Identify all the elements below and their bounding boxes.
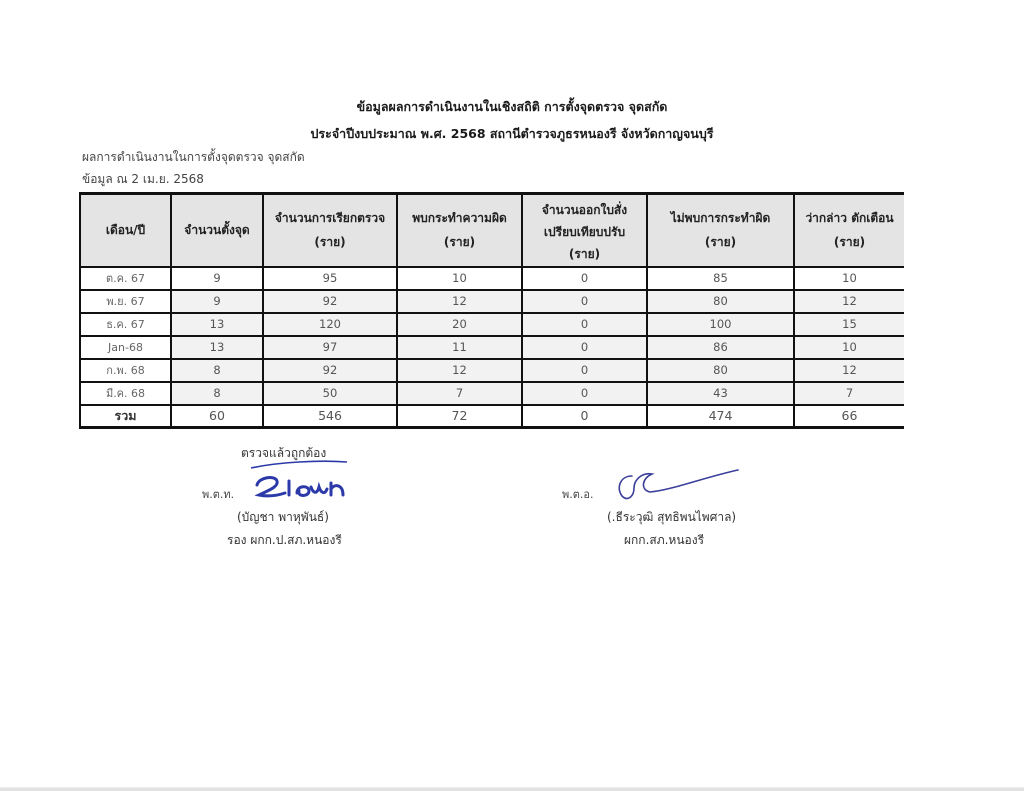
header-tickets-issued: จำนวนออกใบสั่งเปรียบเทียบปรับ(ราย) (522, 194, 647, 267)
left-signer-rank: พ.ต.ท. (202, 485, 234, 503)
header-inspections: จำนวนการเรียกตรวจ(ราย) (263, 194, 397, 267)
total-checkpoints: 60 (171, 405, 263, 428)
table-row: ธ.ค. 671312020010015 (80, 313, 904, 336)
cell-inspections: 120 (263, 313, 397, 336)
cell-month: พ.ย. 67 (80, 290, 171, 313)
left-signer-name: (บัญชา พาหุพันธ์) (237, 508, 329, 527)
document-page: ข้อมูลผลการดำเนินงานในเชิงสถิติ การตั้งจ… (0, 0, 1024, 791)
section-description: ผลการดำเนินงานในการตั้งจุดตรวจ จุดสกัด (82, 148, 305, 167)
cell-checkpoints: 13 (171, 336, 263, 359)
cell-tickets: 0 (522, 313, 647, 336)
left-signature-icon (253, 473, 353, 501)
header-no-offense: ไม่พบการกระทำผิด(ราย) (647, 194, 794, 267)
page-bottom-edge (0, 787, 1024, 791)
cell-no-offense: 80 (647, 290, 794, 313)
table-row: พ.ย. 679921208012 (80, 290, 904, 313)
header-warnings: ว่ากล่าว ตักเตือน(ราย) (794, 194, 904, 267)
total-tickets: 0 (522, 405, 647, 428)
header-checkpoint-count: จำนวนตั้งจุด (171, 194, 263, 267)
document-subtitle-fiscal-year: ประจำปีงบประมาณ พ.ศ. 2568 สถานีตำรวจภูธร… (0, 124, 1024, 144)
right-signature-icon (612, 466, 742, 504)
cell-month: มี.ค. 68 (80, 382, 171, 405)
total-offenses: 72 (397, 405, 522, 428)
header-month-year: เดือน/ปี (80, 194, 171, 267)
cell-offenses: 12 (397, 359, 522, 382)
table-row: ก.พ. 688921208012 (80, 359, 904, 382)
right-signer-position: ผกก.สภ.หนองรี (624, 531, 704, 550)
cell-offenses: 10 (397, 267, 522, 290)
total-month: รวม (80, 405, 171, 428)
right-signer-rank: พ.ต.อ. (562, 485, 594, 503)
table-row: ต.ค. 679951008510 (80, 267, 904, 290)
cell-offenses: 20 (397, 313, 522, 336)
cell-inspections: 97 (263, 336, 397, 359)
cell-no-offense: 100 (647, 313, 794, 336)
cell-tickets: 0 (522, 267, 647, 290)
cell-offenses: 7 (397, 382, 522, 405)
cell-warnings: 12 (794, 359, 904, 382)
cell-no-offense: 80 (647, 359, 794, 382)
cell-inspections: 50 (263, 382, 397, 405)
cell-tickets: 0 (522, 382, 647, 405)
cell-checkpoints: 8 (171, 382, 263, 405)
cell-warnings: 10 (794, 267, 904, 290)
cell-warnings: 7 (794, 382, 904, 405)
table-total-row: รวม6054672047466 (80, 405, 904, 428)
total-no-offense: 474 (647, 405, 794, 428)
cell-warnings: 10 (794, 336, 904, 359)
cell-warnings: 12 (794, 290, 904, 313)
cell-month: ธ.ค. 67 (80, 313, 171, 336)
checkpoint-statistics-table: เดือน/ปี จำนวนตั้งจุด จำนวนการเรียกตรวจ(… (79, 192, 904, 429)
header-offenses-found: พบกระทำความผิด(ราย) (397, 194, 522, 267)
cell-checkpoints: 8 (171, 359, 263, 382)
cell-checkpoints: 9 (171, 290, 263, 313)
left-signer-position: รอง ผกก.ป.สภ.หนองรี (227, 531, 342, 550)
cell-no-offense: 85 (647, 267, 794, 290)
cell-inspections: 92 (263, 359, 397, 382)
cell-month: ก.พ. 68 (80, 359, 171, 382)
total-inspections: 546 (263, 405, 397, 428)
cell-month: Jan-68 (80, 336, 171, 359)
cell-no-offense: 86 (647, 336, 794, 359)
table-row: มี.ค. 6885070437 (80, 382, 904, 405)
right-signer-name: (.ธีระวุฒิ สุทธิพนไพศาล) (607, 508, 736, 527)
cell-month: ต.ค. 67 (80, 267, 171, 290)
signature-underline-stroke (249, 458, 349, 472)
total-warnings: 66 (794, 405, 904, 428)
cell-tickets: 0 (522, 359, 647, 382)
table-row: Jan-6813971108610 (80, 336, 904, 359)
cell-offenses: 11 (397, 336, 522, 359)
cell-tickets: 0 (522, 290, 647, 313)
cell-inspections: 92 (263, 290, 397, 313)
document-title: ข้อมูลผลการดำเนินงานในเชิงสถิติ การตั้งจ… (0, 97, 1024, 117)
cell-checkpoints: 13 (171, 313, 263, 336)
table-header-row: เดือน/ปี จำนวนตั้งจุด จำนวนการเรียกตรวจ(… (80, 194, 904, 267)
cell-no-offense: 43 (647, 382, 794, 405)
cell-tickets: 0 (522, 336, 647, 359)
cell-warnings: 15 (794, 313, 904, 336)
cell-offenses: 12 (397, 290, 522, 313)
cell-checkpoints: 9 (171, 267, 263, 290)
data-as-of-date: ข้อมูล ณ 2 เม.ย. 2568 (82, 170, 204, 189)
cell-inspections: 95 (263, 267, 397, 290)
